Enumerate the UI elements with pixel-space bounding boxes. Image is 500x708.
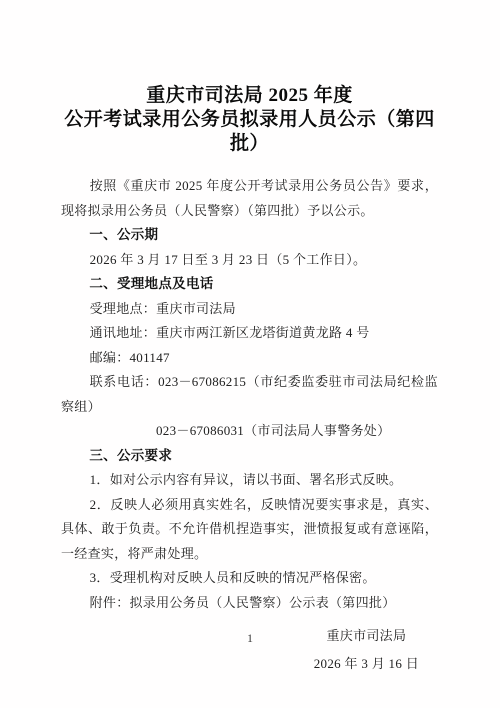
- document-body: 重庆市司法局 2025 年度 公开考试录用公务员拟录用人员公示（第四批） 按照《…: [61, 84, 438, 678]
- attachment-line: 附件：拟录用公务员（人民警察）公示表（第四批）: [61, 591, 438, 616]
- contact-phone-line-1: 联系电话：023－67086215（市纪委监委驻市司法局纪检监察组）: [61, 370, 438, 419]
- document-title: 重庆市司法局 2025 年度 公开考试录用公务员拟录用人员公示（第四批）: [61, 84, 438, 156]
- requirement-item-3: 3．受理机构对反映人员和反映的情况严格保密。: [61, 566, 438, 591]
- title-line-2: 公开考试录用公务员拟录用人员公示（第四批）: [61, 108, 438, 156]
- intro-paragraph: 按照《重庆市 2025 年度公开考试录用公务员公告》要求，现将拟录用公务员（人民…: [61, 174, 438, 223]
- mailing-address-line: 通讯地址：重庆市两江新区龙塔街道黄龙路 4 号: [61, 321, 438, 346]
- section-1-heading: 一、公示期: [61, 223, 438, 248]
- section-3-heading: 三、公示要求: [61, 444, 438, 469]
- acceptance-location-line: 受理地点：重庆市司法局: [61, 297, 438, 322]
- requirement-item-1: 1．如对公示内容有异议，请以书面、署名形式反映。: [61, 468, 438, 493]
- document-page: 重庆市司法局 2025 年度 公开考试录用公务员拟录用人员公示（第四批） 按照《…: [0, 0, 500, 708]
- requirement-item-2: 2．反映人必须用真实姓名，反映情况要实事求是，真实、具体、敢于负责。不允许借机捏…: [61, 493, 438, 567]
- title-line-1: 重庆市司法局 2025 年度: [61, 84, 438, 108]
- contact-phone-line-2: 023－67086031（市司法局人事警务处）: [61, 419, 438, 444]
- signature-date: 2026 年 3 月 16 日: [314, 650, 419, 678]
- section-2-heading: 二、受理地点及电话: [61, 272, 438, 297]
- page-number: 1: [0, 631, 500, 646]
- postal-code-line: 邮编：401147: [61, 346, 438, 371]
- publicity-period-line: 2026 年 3 月 17 日至 3 月 23 日（5 个工作日）。: [61, 248, 438, 273]
